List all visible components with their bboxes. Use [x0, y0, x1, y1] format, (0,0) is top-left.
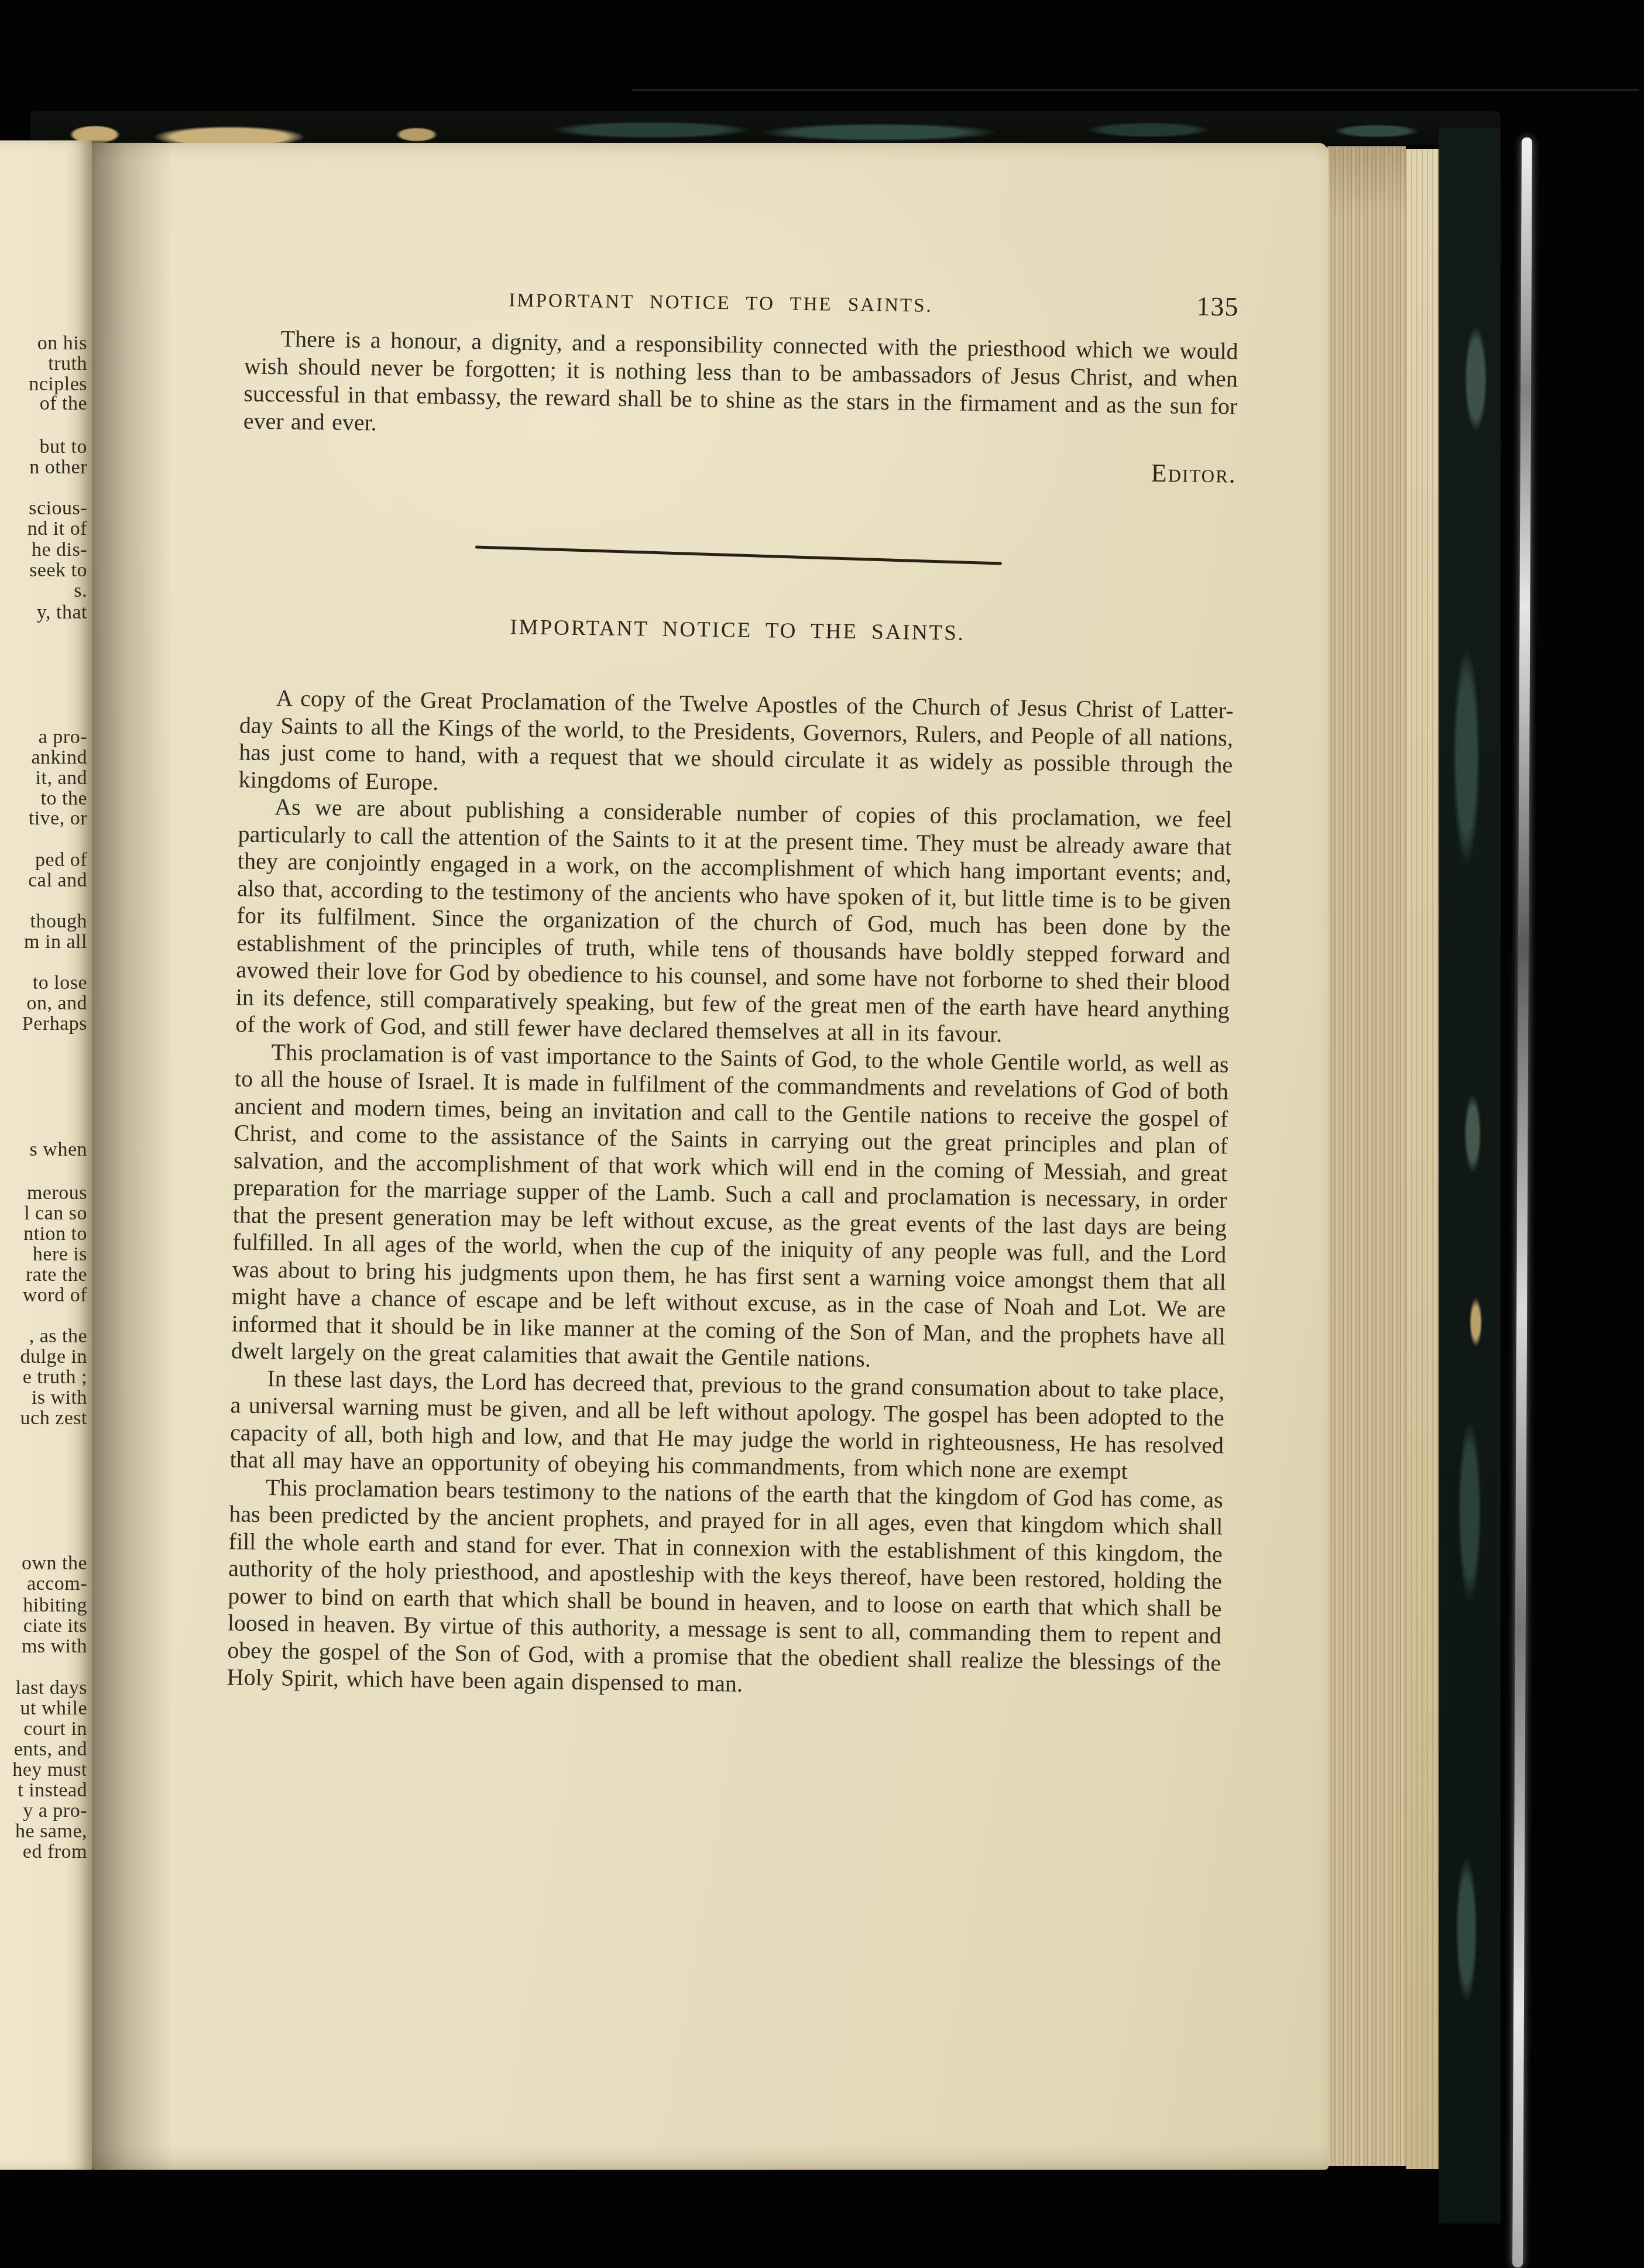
- article-paragraph: This proclamation bears testimony to the…: [226, 1473, 1223, 1704]
- left-page-text-fragment: he same,: [15, 1820, 87, 1843]
- left-page-text-fragment: s.: [74, 580, 87, 602]
- left-page-text-fragment: scious-: [29, 497, 87, 520]
- left-page-text-fragment: ents, and: [14, 1738, 87, 1761]
- page-fore-edge: [1327, 146, 1406, 2166]
- running-header: IMPORTANT NOTICE TO THE SAINTS.: [245, 286, 1196, 320]
- left-page-text-fragment: m in all: [24, 931, 87, 953]
- left-page-text-fragment: seek to: [29, 559, 87, 582]
- left-page-text-fragment: a pro-: [39, 726, 87, 748]
- article-body: A copy of the Great Proclamation of the …: [226, 684, 1233, 1704]
- page-fore-edge-outer: [1406, 149, 1439, 2169]
- left-page-text-fragment: y a pro-: [23, 1800, 87, 1822]
- intro-paragraph: There is a honour, a dignity, and a resp…: [243, 324, 1238, 447]
- book-cover-edge: [1439, 128, 1501, 2224]
- article-paragraph: As we are about publishing a considerabl…: [235, 793, 1232, 1051]
- left-page-text-fragment: tive, or: [29, 807, 87, 830]
- left-page-text-fragment: of the: [40, 393, 87, 415]
- page-content: IMPORTANT NOTICE TO THE SAINTS. 135 Ther…: [71, 143, 1328, 1705]
- divider-rule: [475, 545, 1002, 565]
- left-page-text-fragment: n other: [29, 456, 87, 479]
- book-top-cover-edge: [30, 111, 1501, 145]
- scan-background: { "colors":{ "background":"#030303", "pa…: [0, 0, 1644, 2268]
- left-page-text-fragment: hey must: [12, 1759, 87, 1781]
- left-page-text-fragment: t instead: [18, 1779, 87, 1802]
- plastic-sleeve-highlight: [1512, 138, 1532, 2267]
- book-page: IMPORTANT NOTICE TO THE SAINTS. 135 Ther…: [92, 143, 1329, 2170]
- left-page-text-fragment: ankind: [31, 747, 87, 769]
- article-paragraph: This proclamation is of vast importance …: [231, 1038, 1229, 1377]
- article-paragraph: A copy of the Great Proclamation of the …: [238, 684, 1233, 806]
- left-page-text-fragment: truth: [48, 353, 87, 375]
- left-page-text-fragment: it, and: [36, 767, 87, 789]
- left-page-text-fragment: ped of: [35, 849, 87, 871]
- left-page-text-fragment: ed from: [23, 1841, 87, 1863]
- left-page-text-fragment: ut while: [20, 1697, 87, 1720]
- left-page-text-fragment: but to: [40, 436, 87, 458]
- left-page-text-fragment: Perhaps: [22, 1013, 87, 1035]
- left-page-text-fragment: to lose: [33, 972, 87, 994]
- left-page-text-fragment: to the: [41, 788, 87, 810]
- left-page-text-fragment: nd it of: [28, 518, 87, 540]
- left-page-text-fragment: he dis-: [32, 539, 87, 561]
- section-heading: IMPORTANT NOTICE TO THE SAINTS.: [241, 611, 1234, 649]
- left-page-text-fragment: on, and: [26, 992, 87, 1015]
- left-page-text-fragment: y, that: [37, 602, 87, 624]
- page-header: IMPORTANT NOTICE TO THE SAINTS. 135: [245, 278, 1239, 322]
- left-page-text-fragment: cal and: [28, 870, 87, 892]
- article-paragraph: In these last days, the Lord has decreed…: [229, 1365, 1224, 1486]
- editor-signature: Editor.: [243, 446, 1237, 489]
- left-page-text-fragment: court in: [23, 1718, 87, 1740]
- left-page-text-fragment: though: [30, 910, 87, 933]
- plastic-sleeve-top-line: [632, 89, 1639, 91]
- left-page-text-fragment: on his: [37, 332, 87, 355]
- page-number: 135: [1196, 291, 1239, 322]
